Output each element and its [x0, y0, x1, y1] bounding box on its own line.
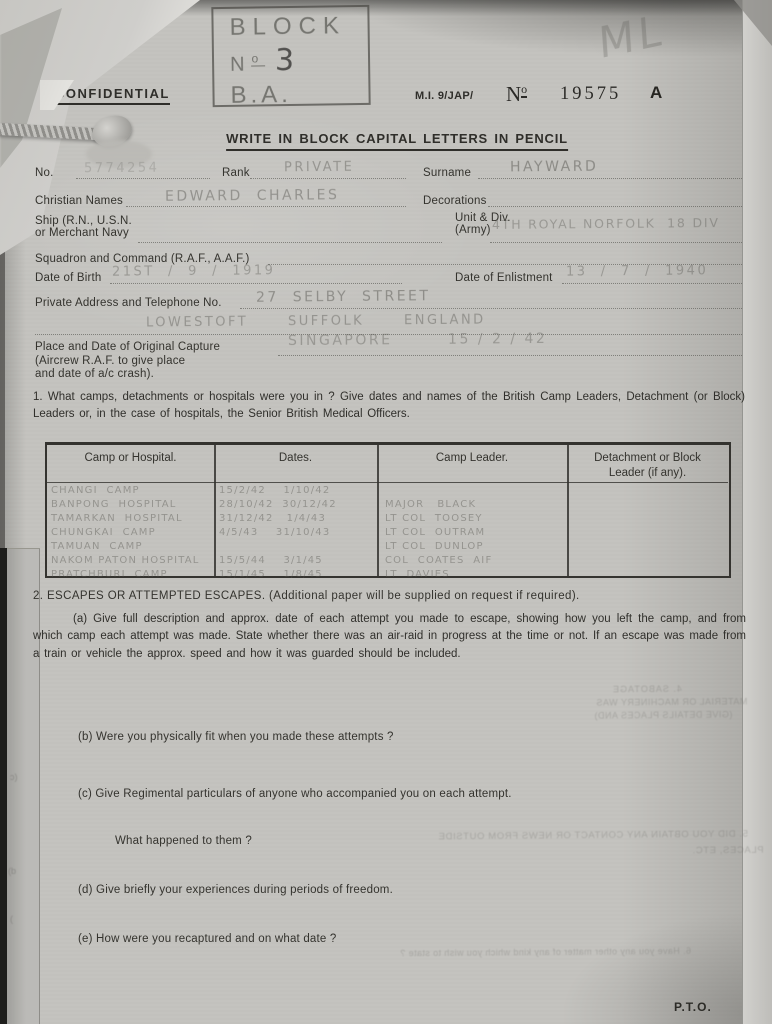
field-dob-label: Date of Birth [35, 272, 102, 284]
table-cell-handwritten: 15/1/45 1/8/45 [219, 569, 323, 580]
question-2c-followup-text: What happened to them ? [115, 835, 252, 847]
field-surname-value: HAYWARD [510, 159, 598, 176]
field-capture-label-2: (Aircrew R.A.F. to give place [35, 355, 185, 367]
bleedthrough-edge-mark: ) [10, 914, 13, 924]
field-enlistment-value: 13 / 7 / 1940 [566, 263, 708, 279]
bleedthrough-text: 6. Have you any other matter of any kind… [400, 946, 691, 959]
stamp-word: BLOCK [229, 11, 367, 43]
table-cell-handwritten: 31/12/42 1/4/43 [219, 513, 326, 524]
table-cell-handwritten: CHANGI CAMP [51, 485, 140, 496]
question-2a-text: (a) Give full description and approx. da… [33, 611, 746, 663]
bleedthrough-edge-mark: d) [8, 866, 16, 876]
bleedthrough-text: (GIVE DETAILS PLACES AND) [594, 709, 732, 720]
field-ship-label-2: or Merchant Navy [35, 227, 129, 239]
ref-prefix: M.I. 9/JAP/ [415, 90, 473, 102]
table-cell-handwritten: LT DAVIES [385, 569, 450, 580]
field-enlistment-label: Date of Enlistment [455, 272, 553, 284]
block-stamp-box: BLOCK No3 B.A. [211, 5, 370, 107]
field-ship-line [138, 232, 442, 243]
ref-no-symbol: No [506, 82, 527, 107]
field-no-label: No. [35, 167, 54, 179]
field-unit-line [490, 232, 742, 243]
field-christian-label: Christian Names [35, 195, 123, 207]
table-cell-handwritten: PRATCHBURI CAMP [51, 569, 168, 580]
question-2c-text: (c) Give Regimental particulars of anyon… [78, 788, 512, 800]
stamp-no-prefix: N [230, 54, 252, 76]
question-2e-text: (e) How were you recaptured and on what … [78, 933, 337, 945]
table-cell-handwritten: TAMUAN CAMP [51, 541, 143, 552]
bleedthrough-text: PLACES, ETC. [692, 845, 764, 857]
pencil-initials: ML [597, 5, 667, 68]
stamp-no-sup: o [251, 52, 265, 67]
ref-letter: A [650, 83, 662, 103]
question-2d-text: (d) Give briefly your experiences during… [78, 884, 393, 896]
field-rank-value: PRIVATE [284, 160, 354, 176]
field-ship-label-1: Ship (R.N., U.S.N. [35, 215, 132, 227]
field-rank-label: Rank [222, 167, 250, 179]
field-no-value: 5774254 [84, 161, 160, 177]
table-cell-handwritten: 15/5/44 3/1/45 [219, 555, 323, 566]
table-cell-handwritten: NAKOM PATON HOSPITAL [51, 555, 200, 566]
field-capture-label-3: and date of a/c crash). [35, 368, 154, 380]
table-cell-handwritten: 28/10/42 30/12/42 [219, 499, 337, 510]
field-address-label: Private Address and Telephone No. [35, 297, 222, 309]
table-cell-handwritten: CHUNGKAI CAMP [51, 527, 156, 538]
bleedthrough-edge-mark: (c [10, 772, 18, 782]
instruction-heading: WRITE IN BLOCK CAPITAL LETTERS IN PENCIL [226, 131, 568, 151]
confidential-label: CONFIDENTIAL [55, 86, 170, 105]
table-cell-handwritten: 4/5/43 31/10/43 [219, 527, 330, 538]
bleedthrough-text: 4. SABOTAGE [612, 684, 682, 695]
field-decorations-line [488, 196, 742, 207]
bleedthrough-text: MATERIAL OR MACHINERY WAS [596, 696, 747, 707]
table-cell-handwritten: MAJOR BLACK [385, 499, 476, 510]
stamp-number-handwritten: 3 [275, 42, 295, 80]
field-capture-value: SINGAPORE 15 / 2 / 42 [288, 331, 547, 349]
field-unit-label-2: (Army) [455, 224, 491, 236]
question-2-heading: 2. ESCAPES OR ATTEMPTED ESCAPES. (Additi… [33, 590, 580, 602]
field-capture-label-1: Place and Date of Original Capture [35, 341, 220, 353]
field-dob-value: 21ST / 9 / 1919 [112, 263, 276, 279]
question-1-text: 1. What camps, detachments or hospitals … [33, 389, 745, 424]
question-2b-text: (b) Were you physically fit when you mad… [78, 731, 394, 743]
pto-label: P.T.O. [674, 1000, 712, 1014]
field-address-value-1: 27 SELBY STREET [256, 288, 431, 306]
table-cell-handwritten: COL COATES AIF [385, 555, 492, 566]
bleedthrough-text: 5. DID YOU OBTAIN ANY CONTACT OR NEWS FR… [438, 829, 748, 843]
table-header-rule [47, 482, 728, 483]
table-cell-handwritten: BANPONG HOSPITAL [51, 499, 177, 510]
table-header-dates: Dates. [214, 451, 377, 466]
field-christian-value: EDWARD CHARLES [165, 187, 339, 205]
stamp-ba: B.A. [230, 78, 368, 110]
field-unit-value: 4TH ROYAL NORFOLK 18 DIV [492, 215, 720, 232]
scanned-form-page: BLOCK No3 B.A. CONFIDENTIAL M.I. 9/JAP/ … [0, 0, 772, 1024]
field-surname-label: Surname [423, 167, 471, 179]
ref-number: 19575 [560, 84, 621, 105]
table-cell-handwritten: TAMARKAN HOSPITAL [51, 513, 183, 524]
camps-table: Camp or Hospital. Dates. Camp Leader. De… [45, 442, 731, 578]
table-header-leader: Camp Leader. [377, 451, 567, 466]
table-cell-handwritten: LT COL TOOSEY [385, 513, 483, 524]
right-page-edge [742, 0, 772, 1024]
field-decorations-label: Decorations [423, 195, 487, 207]
table-header-camp: Camp or Hospital. [47, 451, 214, 466]
table-header-detachment: Detachment or Block Leader (if any). [567, 451, 728, 481]
table-cell-handwritten: LT COL DUNLOP [385, 541, 484, 552]
table-cell-handwritten: 15/2/42 1/10/42 [219, 485, 330, 496]
table-cell-handwritten: LT COL OUTRAM [385, 527, 485, 538]
field-address-value-2: LOWESTOFT SUFFOLK ENGLAND [146, 313, 486, 331]
